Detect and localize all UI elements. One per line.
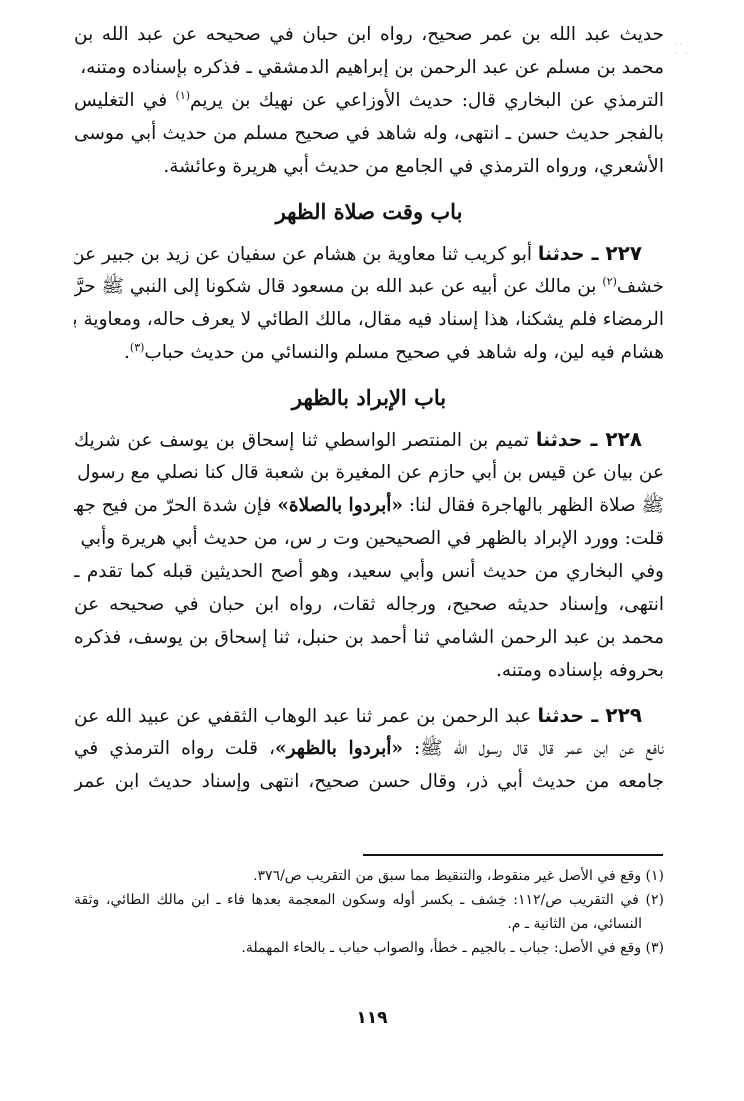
text-line: الرمضاء فلم يشكنا، هذا إسناد فيه مقال، م… bbox=[74, 303, 664, 336]
text-segment: أبو كريب ثنا معاوية بن هشام عن سفيان عن … bbox=[74, 244, 538, 265]
text-line: بالفجر حديث حسن ـ انتهى، وله شاهد في صحي… bbox=[74, 117, 664, 150]
footnote-ref[interactable]: (٣) bbox=[130, 341, 145, 354]
text-segment: ﷺ صلاة الظهر بالهاجرة فقال لنا: bbox=[403, 495, 664, 516]
text-segment: نافع عن ابن عمر قال قال رسول الله ﷺ: bbox=[403, 738, 664, 759]
text-line: انتهى، وإسناد حديثه صحيح، ورجاله ثقات، ر… bbox=[74, 588, 664, 621]
text-segment: هشام فيه لين، وله شاهد في صحيح مسلم والن… bbox=[144, 342, 664, 363]
text-line: خشف(٢) بن مالك عن أبيه عن عبد الله بن مس… bbox=[74, 270, 664, 303]
text-segment: بن مالك عن أبيه عن عبد الله بن مسعود قال… bbox=[74, 276, 602, 297]
text-line: هشام فيه لين، وله شاهد في صحيح مسلم والن… bbox=[74, 336, 664, 369]
text-segment: في التغليس bbox=[74, 90, 167, 111]
prophetic-quote: «أبردوا بالصلاة» bbox=[277, 495, 403, 516]
text-segment: خشف bbox=[617, 276, 664, 297]
text-line: نافع عن ابن عمر قال قال رسول الله ﷺ: «أب… bbox=[74, 732, 664, 765]
text-line: وفي البخاري من حديث أنس وأبي سعيد، وهو أ… bbox=[74, 555, 664, 588]
main-text: حديث عبد الله بن عمر صحيح، رواه ابن حبان… bbox=[74, 18, 664, 798]
text-line: محمد بن مسلم عن عبد الرحمن بن إبراهيم ال… bbox=[74, 51, 664, 84]
footnote-separator bbox=[363, 854, 663, 856]
spacer bbox=[74, 687, 664, 699]
text-line: قلت: وورد الإبراد بالظهر في الصحيحين وت … bbox=[74, 522, 664, 555]
text-line: عن بيان عن قيس بن أبي حازم عن المغيرة بن… bbox=[74, 456, 664, 489]
text-line: الأشعري، ورواه الترمذي في الجامع من حديث… bbox=[74, 150, 664, 183]
text-segment: عبد الرحمن بن عمر ثنا عبد الوهاب الثقفي … bbox=[74, 706, 537, 727]
haddathana: حدثنا bbox=[537, 705, 584, 727]
text-segment: الترمذي عن البخاري قال: حديث الأوزاعي عن… bbox=[190, 90, 664, 111]
hadith-number: ٢٢٩ bbox=[605, 703, 642, 727]
section-heading: باب وقت صلاة الظهر bbox=[74, 193, 664, 231]
text-segment: تميم بن المنتصر الواسطي ثنا إسحاق بن يوس… bbox=[74, 430, 536, 451]
dash: ـ bbox=[584, 703, 605, 727]
hadith-228-line: ٢٢٨ ـ حدثنا تميم بن المنتصر الواسطي ثنا … bbox=[74, 423, 664, 456]
dash: ـ bbox=[583, 427, 606, 451]
hadith-number: ٢٢٧ bbox=[605, 241, 642, 265]
text-line: جامعه من حديث أبي ذر، وقال حسن صحيح، انت… bbox=[74, 765, 664, 798]
footnote-ref[interactable]: (٢) bbox=[602, 275, 617, 288]
hadith-227-line: ٢٢٧ ـ حدثنا أبو كريب ثنا معاوية بن هشام … bbox=[74, 237, 664, 270]
text-line: ﷺ صلاة الظهر بالهاجرة فقال لنا: «أبردوا … bbox=[74, 489, 664, 522]
margin-marks: ·· · · bbox=[674, 40, 694, 48]
text-line: حديث عبد الله بن عمر صحيح، رواه ابن حبان… bbox=[74, 18, 664, 51]
text-segment: ، قلت رواه الترمذي في bbox=[74, 738, 275, 759]
text-line: محمد بن عبد الرحمن الشامي ثنا أحمد بن حن… bbox=[74, 621, 664, 654]
haddathana: حدثنا bbox=[536, 429, 583, 451]
footnote-2-continued: النسائي، من الثانية ـ م. bbox=[74, 912, 664, 936]
text-line: الترمذي عن البخاري قال: حديث الأوزاعي عن… bbox=[74, 84, 664, 117]
section-heading: باب الإبراد بالظهر bbox=[74, 379, 664, 417]
hadith-number: ٢٢٨ bbox=[605, 427, 642, 451]
footnote-1: (١) وقع في الأصل غير منقوط، والتنقيط مما… bbox=[74, 864, 664, 888]
footnotes: (١) وقع في الأصل غير منقوط، والتنقيط مما… bbox=[74, 864, 664, 960]
page-number: ١١٩ bbox=[0, 1008, 744, 1028]
footnote-ref[interactable]: (١) bbox=[176, 89, 191, 102]
footnote-3: (٣) وقع في الأصل: جباب ـ بالجيم ـ خطأ، و… bbox=[74, 936, 664, 960]
text-segment: فإن شدة الحرّ من فيح جهنم، bbox=[74, 495, 277, 516]
haddathana: حدثنا bbox=[538, 243, 585, 265]
footnote-2: (٢) في التقريب ص/١١٢: خِشف ـ بكسر أوله و… bbox=[74, 888, 664, 912]
dash: ـ bbox=[585, 241, 606, 265]
text-line: بحروفه بإسناده ومتنه. bbox=[74, 654, 664, 687]
prophetic-quote: «أبردوا بالظهر» bbox=[275, 738, 403, 759]
hadith-229-line: ٢٢٩ ـ حدثنا عبد الرحمن بن عمر ثنا عبد ال… bbox=[74, 699, 664, 732]
